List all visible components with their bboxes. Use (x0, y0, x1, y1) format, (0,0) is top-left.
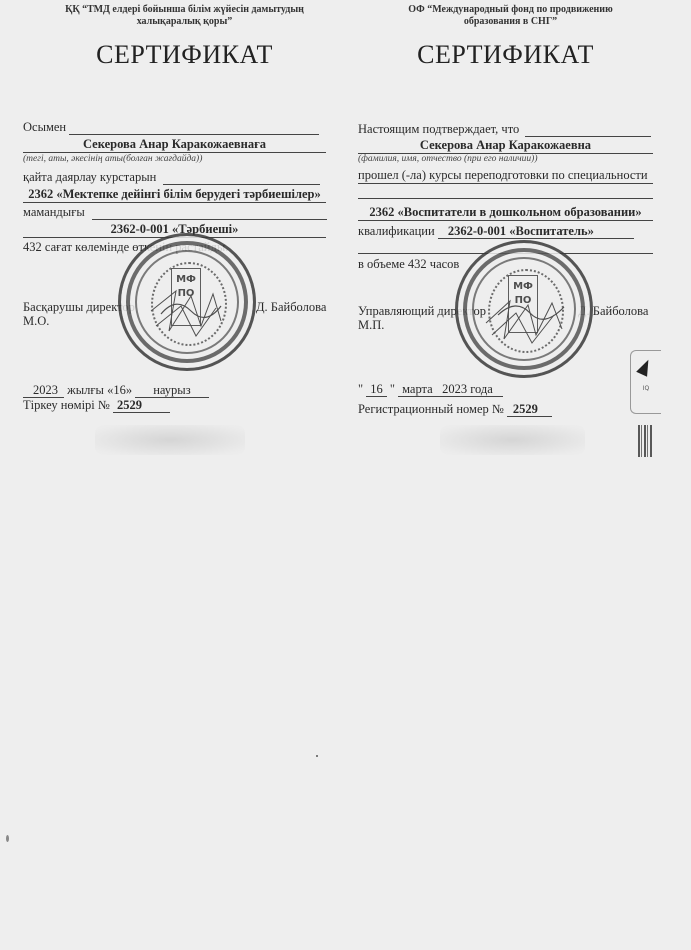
date-row: 2023 жылғы «16» наурыз (23, 383, 326, 398)
date-year-suffix: жылғы (67, 383, 104, 397)
badge-logo-icon (636, 357, 654, 377)
date-quote-close: " (390, 382, 395, 396)
specialty-label-row: мамандығы (23, 205, 326, 220)
director-name: Д. Байболова (256, 300, 326, 315)
certificate-title: СЕРТИФИКАТ (43, 40, 326, 70)
organization-name: ОФ “Международный фонд по продвижению об… (388, 4, 633, 28)
signature-scribble-icon (458, 243, 590, 375)
scan-speck (316, 755, 318, 757)
course-row: қайта даярлау курстарын (23, 170, 326, 185)
date-year: 2023 (23, 383, 64, 398)
certificate-title: СЕРТИФИКАТ (358, 40, 653, 70)
specialty-line (92, 206, 327, 220)
watermark-left (95, 425, 245, 455)
intro-label: Настоящим подтверждает, что (358, 122, 519, 136)
reg-label: Тіркеу нөмірі № (23, 398, 110, 412)
intro-label: Осымен (23, 120, 66, 134)
course-label: прошел (-ла) курсы переподготовки по спе… (358, 168, 653, 184)
specialty-label: мамандығы (23, 205, 85, 219)
date-month: наурыз (135, 383, 208, 398)
specialty: 2362 «Воспитатели в дошкольном образован… (358, 205, 653, 221)
qr-code-icon (638, 425, 652, 457)
digital-signature-badge: IQ (630, 350, 661, 414)
date-month-year: марта 2023 года (398, 382, 503, 397)
scan-speck (6, 835, 9, 842)
organization-name: ҚҚ “ТМД елдері бойынша білім жүйесін дам… (63, 4, 306, 28)
intro-row: Осымен (23, 120, 326, 135)
qualification-label: квалификации (358, 224, 435, 238)
name-hint: (тегі, аты, әкесінің аты(болған жағдайда… (23, 152, 326, 167)
intro-line (525, 123, 651, 137)
qualification-row: квалификации 2362-0-001 «Воспитатель» (358, 224, 653, 239)
signature-scribble-icon (121, 236, 253, 368)
date-day: «16» (107, 383, 132, 397)
reg-row: Тіркеу нөмірі № 2529 (23, 398, 326, 413)
date-day: 16 (366, 382, 387, 397)
recipient-name: Секерова Анар Каракожаевнаға (23, 137, 326, 153)
reg-label: Регистрационный номер № (358, 402, 504, 416)
reg-number: 2529 (113, 398, 170, 413)
badge-label: IQ (631, 385, 661, 392)
name-hint: (фамилия, имя, отчество (при его наличии… (358, 152, 653, 167)
date-quote-open: " (358, 382, 363, 396)
official-seal-right: МФ ПО (455, 240, 593, 378)
watermark-right (440, 425, 585, 455)
intro-row: Настоящим подтверждает, что (358, 122, 653, 137)
official-seal-left: МФ ПО (118, 233, 256, 371)
qualification: 2362-0-001 «Воспитатель» (438, 224, 634, 239)
intro-line (69, 121, 319, 135)
course-label: қайта даярлау курстарын (23, 170, 156, 184)
reg-number: 2529 (507, 402, 552, 417)
reg-row: Регистрационный номер № 2529 (358, 402, 653, 417)
course-blank-line (358, 185, 653, 199)
specialty: 2362 «Мектепке дейінгі білім берудегі тә… (23, 187, 326, 203)
date-row: " 16 " марта 2023 года (358, 382, 653, 397)
course-line (163, 171, 320, 185)
